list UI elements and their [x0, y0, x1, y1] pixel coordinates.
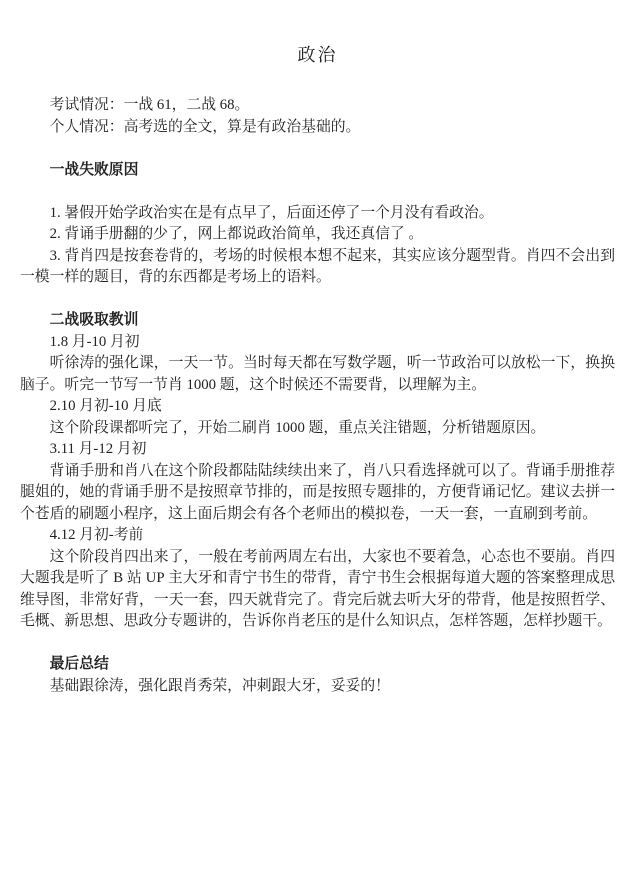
- phase-label: 2.10 月初-10 月底: [20, 396, 615, 418]
- section-exam-info: 考试情况：一战 61，二战 68。 个人情况：高考选的全文，算是有政治基础的。: [20, 95, 615, 138]
- paragraph: 听徐涛的强化课，一天一节。当时每天都在写数学题，听一节政治可以放松一下，换换脑子…: [20, 353, 615, 396]
- document-title: 政治: [20, 40, 615, 70]
- section-heading: 最后总结: [20, 654, 615, 676]
- section-final-summary: 最后总结 基础跟徐涛，强化跟肖秀荣，冲刺跟大牙，妥妥的！: [20, 654, 615, 697]
- section-heading: 一战失败原因: [20, 160, 615, 182]
- paragraph: 考试情况：一战 61，二战 68。: [20, 95, 615, 117]
- section-second-attempt-lessons: 二战吸取教训 1.8 月-10 月初 听徐涛的强化课，一天一节。当时每天都在写数…: [20, 310, 615, 633]
- paragraph: 这个阶段课都听完了，开始二刷肖 1000 题，重点关注错题，分析错题原因。: [20, 418, 615, 440]
- section-heading: 二战吸取教训: [20, 310, 615, 332]
- list-item: 2. 背诵手册翻的少了，网上都说政治简单，我还真信了 。: [20, 224, 615, 246]
- phase-label: 4.12 月初-考前: [20, 525, 615, 547]
- paragraph: 背诵手册和肖八在这个阶段都陆陆续续出来了，肖八只看选择就可以了。背诵手册推荐腿姐…: [20, 461, 615, 526]
- list-item: 1. 暑假开始学政治实在是有点早了，后面还停了一个月没有看政治。: [20, 203, 615, 225]
- document-page: 政治 考试情况：一战 61，二战 68。 个人情况：高考选的全文，算是有政治基础…: [0, 0, 637, 892]
- section-first-attempt-failure: 一战失败原因 1. 暑假开始学政治实在是有点早了，后面还停了一个月没有看政治。 …: [20, 160, 615, 289]
- paragraph: 这个阶段肖四出来了，一般在考前两周左右出，大家也不要着急，心态也不要崩。肖四大题…: [20, 547, 615, 633]
- phase-label: 3.11 月-12 月初: [20, 439, 615, 461]
- list-item: 3. 背肖四是按套卷背的，考场的时候根本想不起来，其实应该分题型背。肖四不会出到…: [20, 246, 615, 289]
- paragraph: 个人情况：高考选的全文，算是有政治基础的。: [20, 117, 615, 139]
- phase-label: 1.8 月-10 月初: [20, 332, 615, 354]
- paragraph: 基础跟徐涛，强化跟肖秀荣，冲刺跟大牙，妥妥的！: [20, 676, 615, 698]
